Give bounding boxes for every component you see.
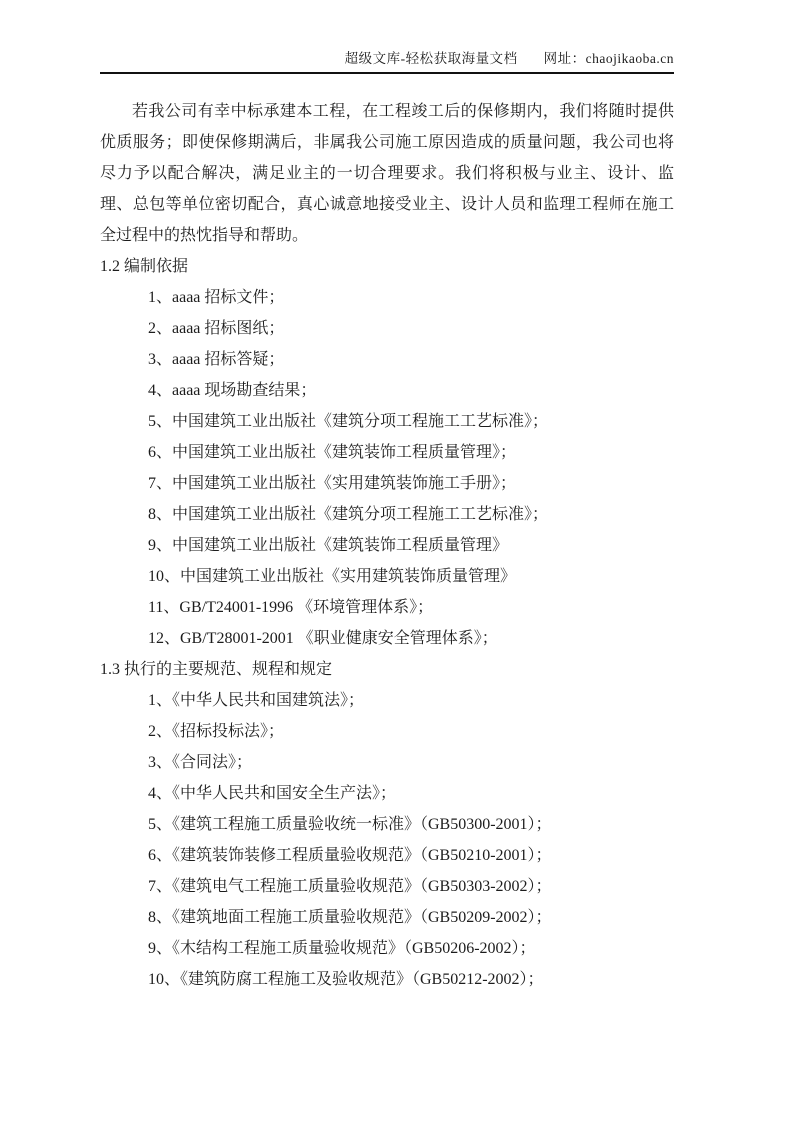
list-item: 6、《建筑装饰装修工程质量验收规范》（GB50210-2001）；: [100, 840, 674, 871]
list-item: 4、aaaa 现场勘查结果；: [100, 375, 674, 406]
intro-paragraph: 若我公司有幸中标承建本工程，在工程竣工后的保修期内，我们将随时提供优质服务；即使…: [100, 96, 674, 251]
list-item: 2、《招标投标法》；: [100, 716, 674, 747]
list-item: 5、《建筑工程施工质量验收统一标准》（GB50300-2001）；: [100, 809, 674, 840]
list-item: 4、《中华人民共和国安全生产法》；: [100, 778, 674, 809]
list-item: 3、aaaa 招标答疑；: [100, 344, 674, 375]
list-item: 12、GB/T28001-2001 《职业健康安全管理体系》；: [100, 623, 674, 654]
header-site-label: 超级文库-轻松获取海量文档: [345, 47, 518, 67]
section-heading-1-2: 1.2 编制依据: [100, 251, 674, 282]
section-heading-1-3: 1.3 执行的主要规范、规程和规定: [100, 654, 674, 685]
list-item: 8、《建筑地面工程施工质量验收规范》（GB50209-2002）；: [100, 902, 674, 933]
list-item: 9、中国建筑工业出版社《建筑装饰工程质量管理》: [100, 530, 674, 561]
list-item: 7、中国建筑工业出版社《实用建筑装饰施工手册》；: [100, 468, 674, 499]
list-item: 11、GB/T24001-1996 《环境管理体系》；: [100, 592, 674, 623]
list-item: 9、《木结构工程施工质量验收规范》（GB50206-2002）；: [100, 933, 674, 964]
list-item: 6、中国建筑工业出版社《建筑装饰工程质量管理》；: [100, 437, 674, 468]
header-site-url: 网址：chaojikaoba.cn: [544, 47, 674, 67]
list-item: 7、《建筑电气工程施工质量验收规范》（GB50303-2002）；: [100, 871, 674, 902]
list-item: 3、《合同法》；: [100, 747, 674, 778]
list-item: 8、中国建筑工业出版社《建筑分项工程施工工艺标准》；: [100, 499, 674, 530]
document-page: 超级文库-轻松获取海量文档 网址：chaojikaoba.cn 若我公司有幸中标…: [0, 0, 793, 1122]
list-item: 10、中国建筑工业出版社《实用建筑装饰质量管理》: [100, 561, 674, 592]
list-item: 5、中国建筑工业出版社《建筑分项工程施工工艺标准》；: [100, 406, 674, 437]
standards-list: 1、《中华人民共和国建筑法》； 2、《招标投标法》； 3、《合同法》； 4、《中…: [100, 685, 674, 995]
page-header: 超级文库-轻松获取海量文档 网址：chaojikaoba.cn: [100, 0, 674, 74]
document-body: 若我公司有幸中标承建本工程，在工程竣工后的保修期内，我们将随时提供优质服务；即使…: [100, 96, 674, 995]
list-item: 1、aaaa 招标文件；: [100, 282, 674, 313]
list-item: 10、《建筑防腐工程施工及验收规范》（GB50212-2002）；: [100, 964, 674, 995]
list-item: 2、aaaa 招标图纸；: [100, 313, 674, 344]
basis-list: 1、aaaa 招标文件； 2、aaaa 招标图纸； 3、aaaa 招标答疑； 4…: [100, 282, 674, 654]
list-item: 1、《中华人民共和国建筑法》；: [100, 685, 674, 716]
